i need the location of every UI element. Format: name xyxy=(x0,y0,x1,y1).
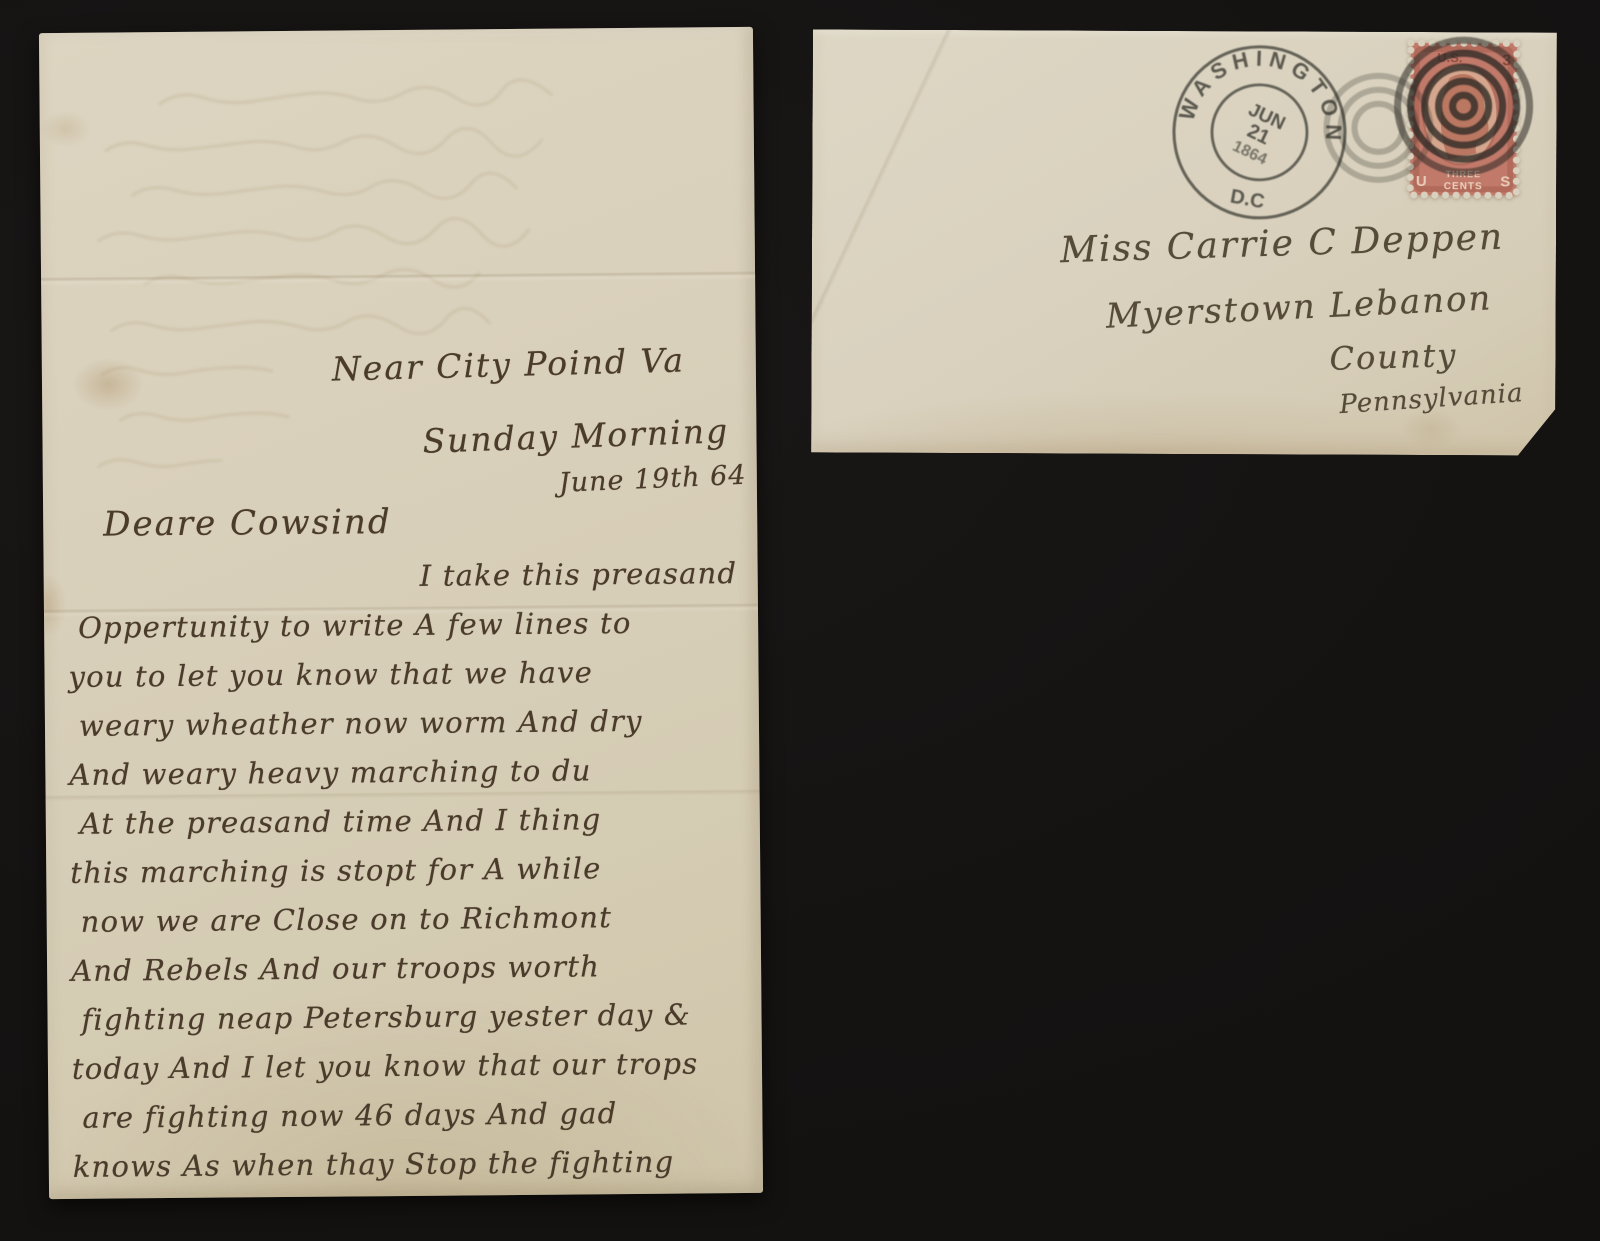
letter-line: today And I let you know that our trops xyxy=(72,1039,762,1094)
letter-line: I take this preasand xyxy=(419,549,757,601)
postage-stamp: U.S. 3 U S THREE CENTS xyxy=(1405,38,1522,201)
stamp-value-line2-text: CENTS xyxy=(1444,181,1483,192)
letter-sheet: Near City Poind Va Sunday Morning June 1… xyxy=(39,27,763,1199)
letter-line: this marching is stopt for A while xyxy=(70,843,760,898)
address-line: Pennsylvania xyxy=(1339,378,1525,420)
letter-line: you to let you know that we have xyxy=(68,647,758,702)
letter-line: knows As when thay Stop the fighting xyxy=(73,1137,763,1192)
letter-line: And Rebels And our troops worth xyxy=(71,941,761,996)
letter-line: weary wheather now worm And dry xyxy=(79,696,759,751)
letter-line: Oppertunity to write A few lines to xyxy=(78,598,758,653)
address-line: Miss Carrie C Deppen xyxy=(1059,217,1504,272)
address-line: Myerstown Lebanon xyxy=(1105,278,1493,337)
letter-line: are fighting now 46 days And gad xyxy=(82,1088,762,1143)
envelope-address: Miss Carrie C Deppen Myerstown Lebanon C… xyxy=(813,29,1557,32)
stamp-value-line1-text: THREE xyxy=(1446,169,1482,179)
postmark: WASHINGTON D.C JUN 21 1864 xyxy=(1164,37,1355,228)
envelope-sheet: WASHINGTON D.C JUN 21 1864 U.S. 3 U S TH… xyxy=(811,29,1557,455)
stamp-corner-u-text: U xyxy=(1416,173,1427,190)
stamp-country-text: U.S. xyxy=(1437,50,1462,65)
postmark-district-text: D.C xyxy=(1229,185,1267,213)
letter-salutation: Deare Cowsind xyxy=(103,502,392,545)
letter-line: fighting neap Petersburg yester day & xyxy=(81,990,761,1045)
stamp-corner-s-text: S xyxy=(1500,173,1510,190)
letter-line: At the preasand time And I thing xyxy=(80,794,760,849)
letter-line: And weary heavy marching to du xyxy=(69,745,759,800)
letter-line: now we are Close on to Richmont xyxy=(80,892,760,947)
letter-body: I take this preasand Oppertunity to writ… xyxy=(67,549,763,1192)
stamp-denomination-text: 3 xyxy=(1502,52,1511,69)
photo-scene: Near City Poind Va Sunday Morning June 1… xyxy=(0,0,1600,1241)
address-line: County xyxy=(1329,336,1458,378)
